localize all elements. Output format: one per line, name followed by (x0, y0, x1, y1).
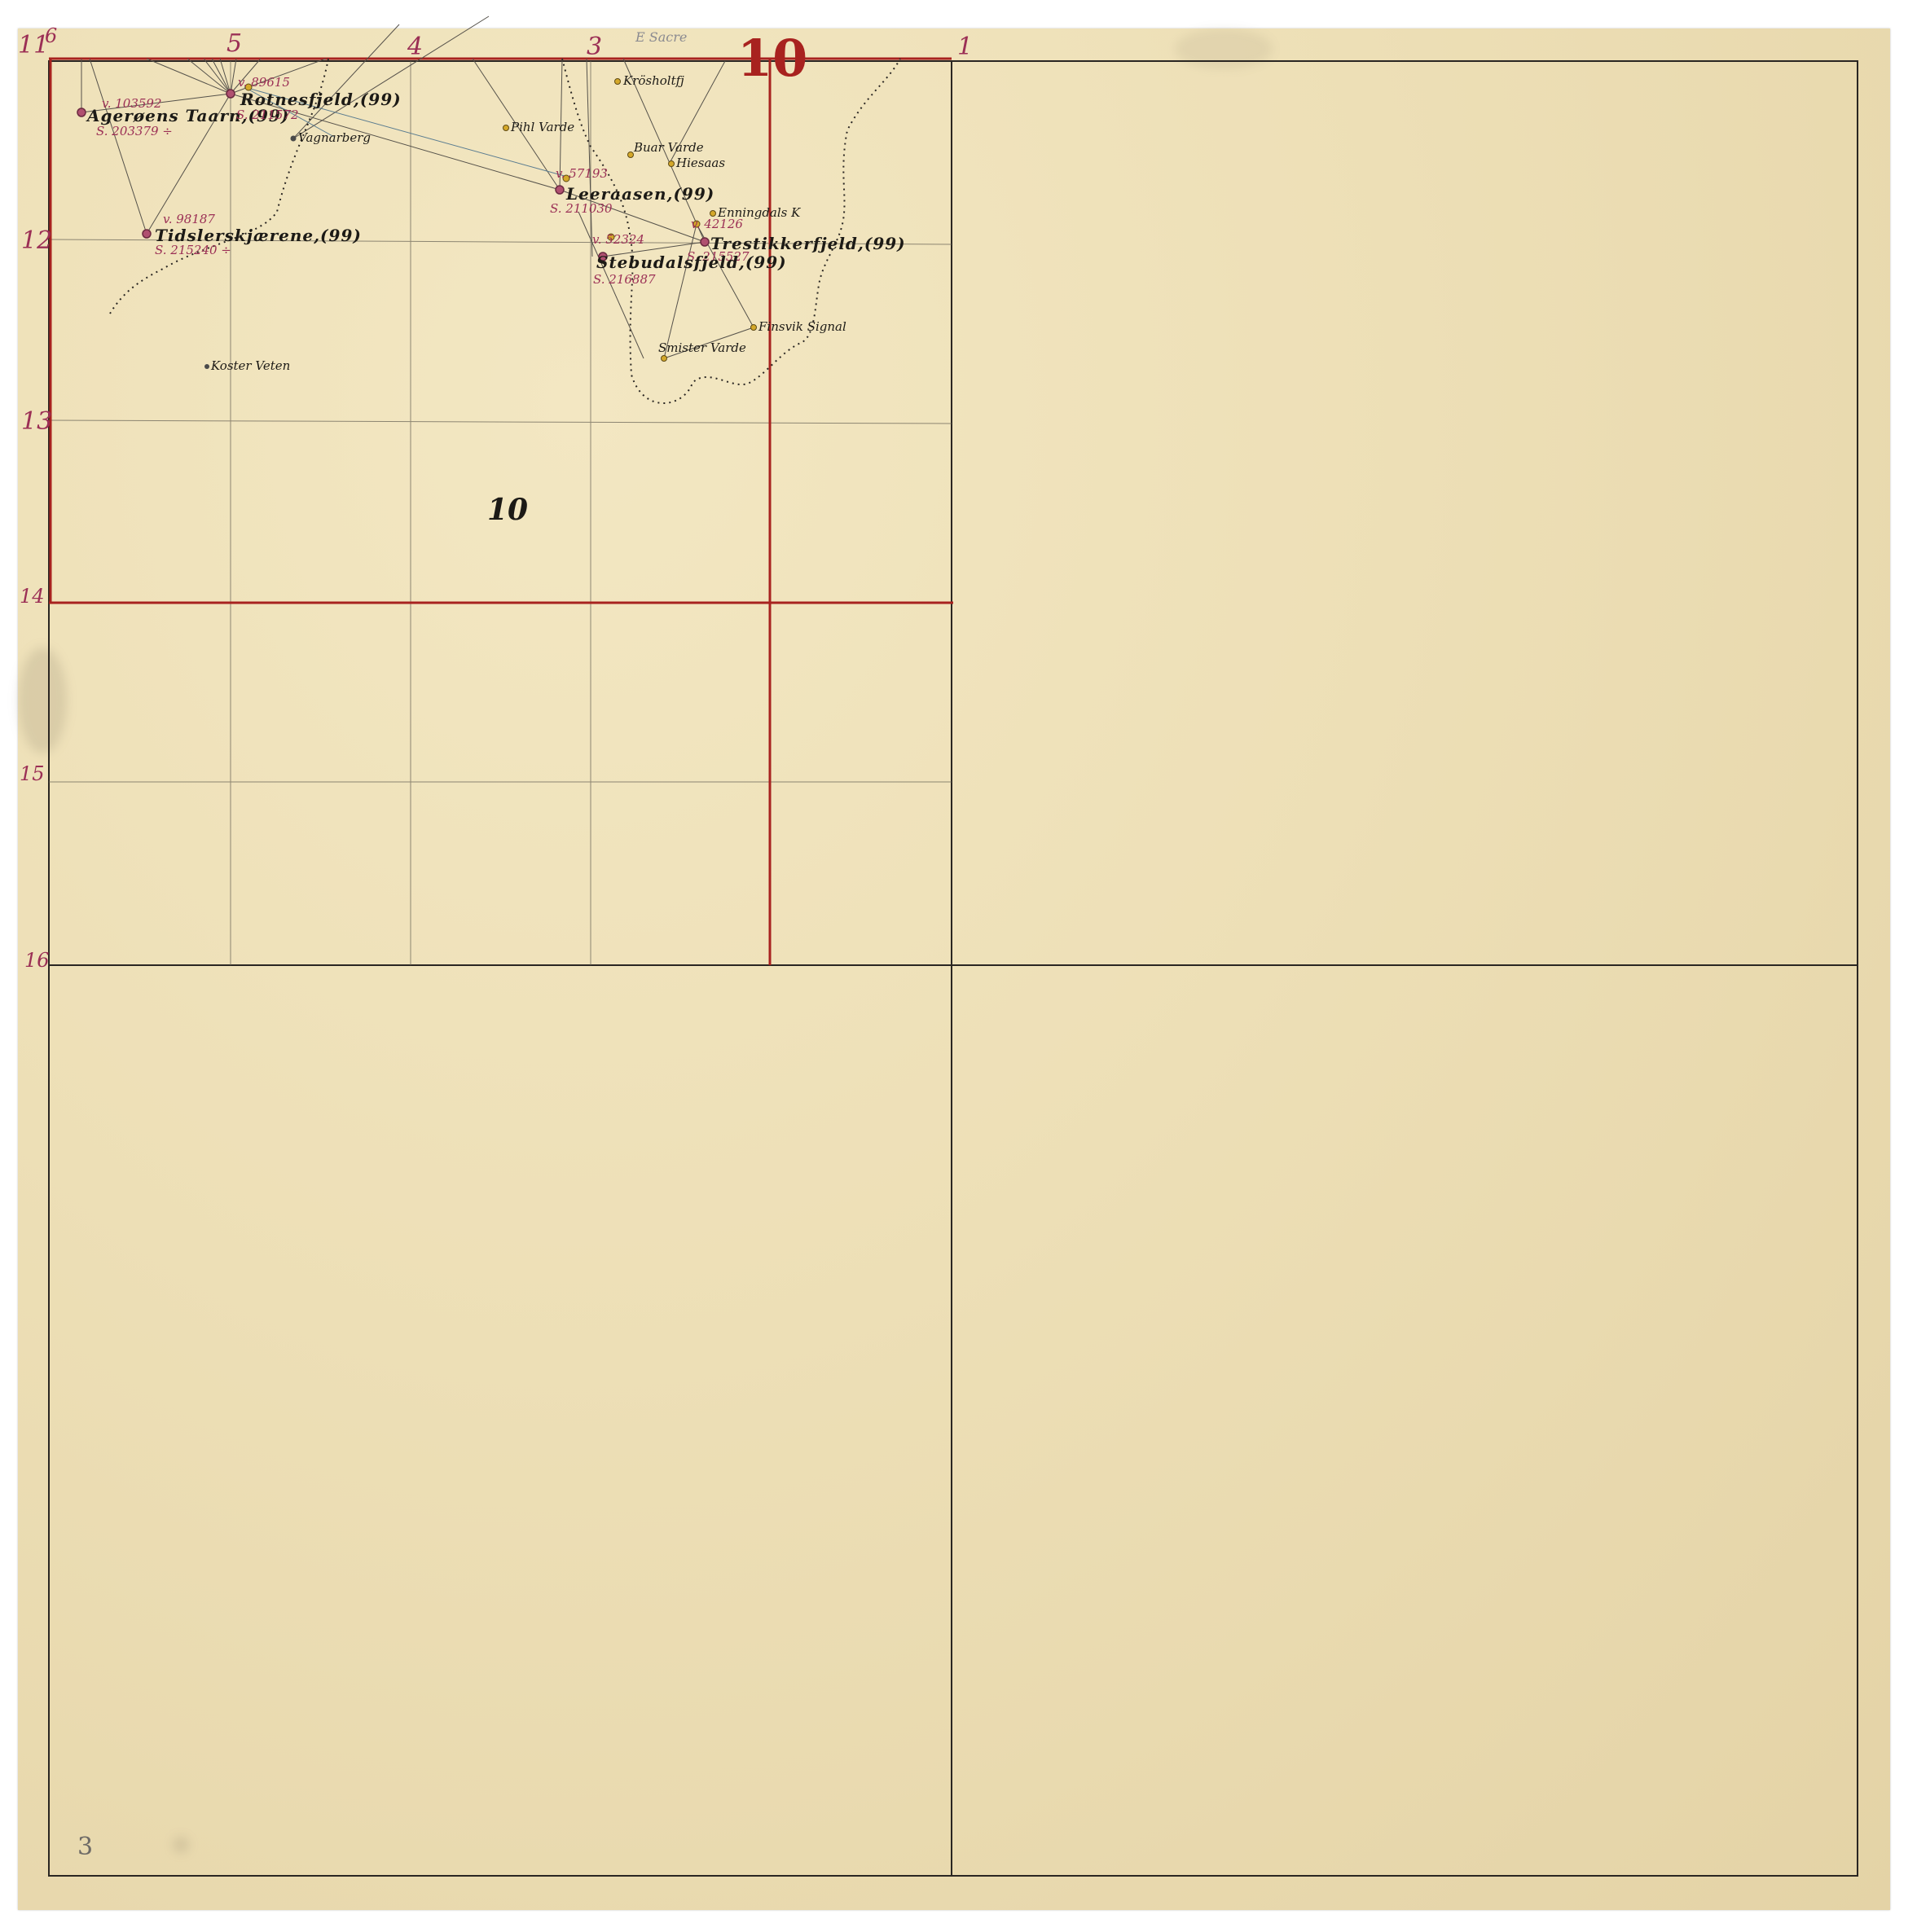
column-number: 4 (407, 33, 423, 61)
station-v-coord: v. 103592 (102, 96, 162, 111)
station-s-coord: S. 216887 (593, 272, 656, 287)
map-graphics (0, 0, 1917, 1932)
point-label: Buar Varde (634, 140, 704, 155)
column-number: 1 (957, 33, 973, 61)
station-label: Rotnesfjeld,(99) (240, 90, 402, 109)
row-number: 12 (21, 226, 52, 255)
column-number: 5 (226, 29, 242, 58)
sheet-number: 10 (737, 29, 807, 88)
inner-sheet-label: 10 (487, 493, 528, 527)
row-number: 15 (20, 762, 45, 785)
point-label: Krösholtfj (623, 73, 684, 88)
grid-black (49, 61, 1858, 1876)
station-s-coord: S. 211030 (550, 201, 613, 216)
point-label: Koster Veten (211, 358, 290, 373)
pencil-note: E Sacre (635, 29, 687, 45)
row-number: 14 (20, 585, 45, 608)
row-number: 11 (18, 31, 49, 59)
point-label: Vagnarberg (298, 130, 371, 145)
station-s-coord: S. 203379 ÷ (96, 124, 173, 138)
point-label: Hiesaas (676, 156, 725, 170)
point-label: Enningdals K (718, 205, 800, 220)
column-number: 3 (587, 33, 602, 61)
station-s-coord: S. 211572 (236, 108, 299, 122)
station-label: Stebudalsfjeld,(99) (596, 252, 787, 272)
point-label: Pihl Varde (511, 120, 574, 134)
station-v-coord: v. 57193 (556, 166, 608, 181)
station-v-coord: v. 98187 (163, 212, 215, 226)
point-label: Smister Varde (658, 340, 746, 355)
corner-pencil-mark: 3 (77, 1833, 93, 1861)
station-v-coord: v. 89615 (238, 75, 290, 90)
station-v-coord: v. 52324 (592, 232, 644, 247)
row-number: 16 (24, 949, 50, 972)
station-s-coord: S. 215240 ÷ (155, 243, 231, 257)
point-label: Finsvik Signal (758, 319, 846, 334)
row-number: 13 (21, 407, 52, 436)
